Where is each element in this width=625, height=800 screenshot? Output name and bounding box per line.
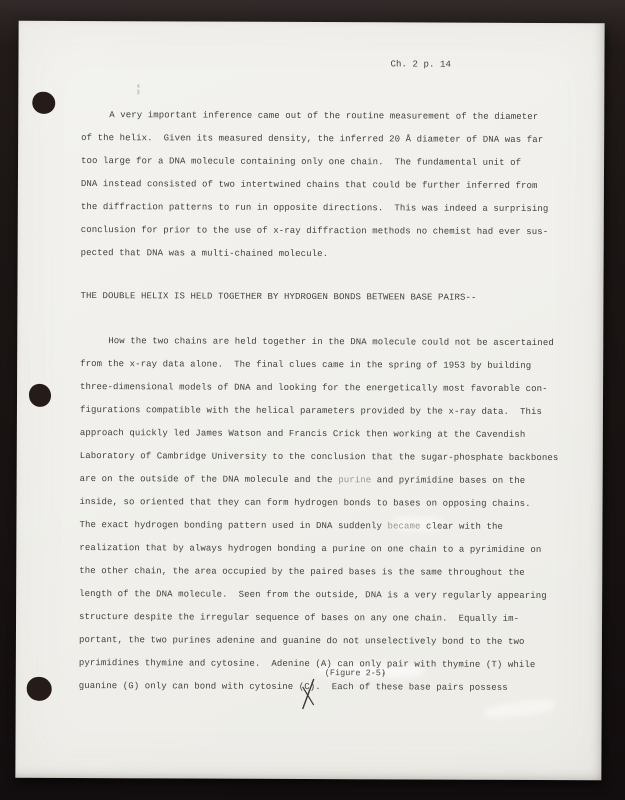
text-line: pected that DNA was a multi-chained mole… xyxy=(81,242,549,267)
corrected-word: purine xyxy=(338,475,371,485)
text-segment: structure despite the irregular sequence… xyxy=(79,612,519,624)
text-segment: inside, so oriented that they can form h… xyxy=(80,497,531,509)
text-segment: and pyrimidine bases on the xyxy=(371,475,525,486)
text-segment: the diffraction patterns to run in oppos… xyxy=(81,202,549,214)
small-insertion-mark: , xyxy=(382,667,387,676)
text-line: the other chain, the area occupied by th… xyxy=(79,560,558,585)
text-line: portant, the two purines adenine and gua… xyxy=(79,629,558,654)
text-line: pyrimidines thymine and cytosine. Adenin… xyxy=(79,652,558,677)
text-line: approach quickly led James Watson and Fr… xyxy=(80,422,559,447)
text-segment: conclusion for prior to the use of x-ray… xyxy=(81,225,549,237)
text-line: inside, so oriented that they can form h… xyxy=(80,491,559,516)
text-segment: How the two chains are held together in … xyxy=(108,336,554,348)
text-segment: length of the DNA molecule. Seen from th… xyxy=(79,589,547,601)
text-segment: guanine (G) only can bond with cytosine … xyxy=(79,681,508,693)
page-number-label: Ch. 2 p. 14 xyxy=(390,53,451,76)
text-line: realization that by always hydrogen bond… xyxy=(79,537,558,562)
text-line: DNA instead consisted of two intertwined… xyxy=(81,173,549,198)
text-segment: clear with the xyxy=(421,521,504,531)
text-line: A very important inference came out of t… xyxy=(81,104,549,129)
text-line: figurations compatible with the helical … xyxy=(80,399,559,424)
section-heading: THE DOUBLE HELIX IS HELD TOGETHER BY HYD… xyxy=(80,285,476,310)
text-segment: A very important inference came out of t… xyxy=(109,110,538,122)
text-segment: are on the outside of the DNA molecule a… xyxy=(80,474,339,485)
paragraph-1: A very important inference came out of t… xyxy=(81,104,549,267)
text-line: too large for a DNA molecule containing … xyxy=(81,150,549,175)
text-segment: pyrimidines thymine and cytosine. Adenin… xyxy=(79,658,536,670)
text-segment: figurations compatible with the helical … xyxy=(80,405,542,417)
text-segment: pected that DNA was a multi-chained mole… xyxy=(81,248,329,259)
text-line: the diffraction patterns to run in oppos… xyxy=(81,196,549,221)
corrected-word: became xyxy=(382,521,421,531)
text-line: structure despite the irregular sequence… xyxy=(79,606,558,631)
text-segment: the other chain, the area occupied by th… xyxy=(79,566,525,578)
text-segment: DNA instead consisted of two intertwined… xyxy=(81,179,538,191)
text-segment: Laboratory of Cambridge University to th… xyxy=(80,451,559,463)
figure-reference-annotation: (Figure 2-5) xyxy=(325,668,386,678)
scanner-background: Ch. 2 p. 14 A very important inference c… xyxy=(0,0,625,800)
punch-hole-top xyxy=(31,90,57,115)
text-line: length of the DNA molecule. Seen from th… xyxy=(79,583,558,608)
text-segment: three-dimensional models of DNA and look… xyxy=(80,382,548,394)
text-line: Laboratory of Cambridge University to th… xyxy=(80,445,559,470)
text-segment: approach quickly led James Watson and Fr… xyxy=(80,428,526,440)
text-segment: portant, the two purines adenine and gua… xyxy=(79,635,525,647)
text-line: How the two chains are held together in … xyxy=(80,330,559,355)
text-segment: from the x-ray data alone. The final clu… xyxy=(80,359,531,371)
text-segment: of the helix. Given its measured density… xyxy=(81,133,543,145)
text-line: conclusion for prior to the use of x-ray… xyxy=(81,219,549,244)
whiteout-smudge xyxy=(483,697,556,721)
text-line: from the x-ray data alone. The final clu… xyxy=(80,353,559,378)
punch-hole-middle xyxy=(28,383,52,408)
stray-ink-mark xyxy=(137,84,139,94)
text-line: guanine (G) only can bond with cytosine … xyxy=(79,675,558,700)
text-segment: too large for a DNA molecule containing … xyxy=(81,156,521,168)
text-line: of the helix. Given its measured density… xyxy=(81,127,549,152)
text-segment: The exact hydrogen bonding pattern used … xyxy=(79,520,382,531)
text-segment: realization that by always hydrogen bond… xyxy=(79,543,541,555)
punch-hole-bottom xyxy=(27,677,52,701)
text-line: The exact hydrogen bonding pattern used … xyxy=(79,514,558,539)
document-page: Ch. 2 p. 14 A very important inference c… xyxy=(15,21,604,781)
text-line: three-dimensional models of DNA and look… xyxy=(80,376,559,401)
text-line: are on the outside of the DNA molecule a… xyxy=(80,468,559,493)
paragraph-2: How the two chains are held together in … xyxy=(79,330,559,700)
insertion-caret-icon xyxy=(300,677,318,711)
